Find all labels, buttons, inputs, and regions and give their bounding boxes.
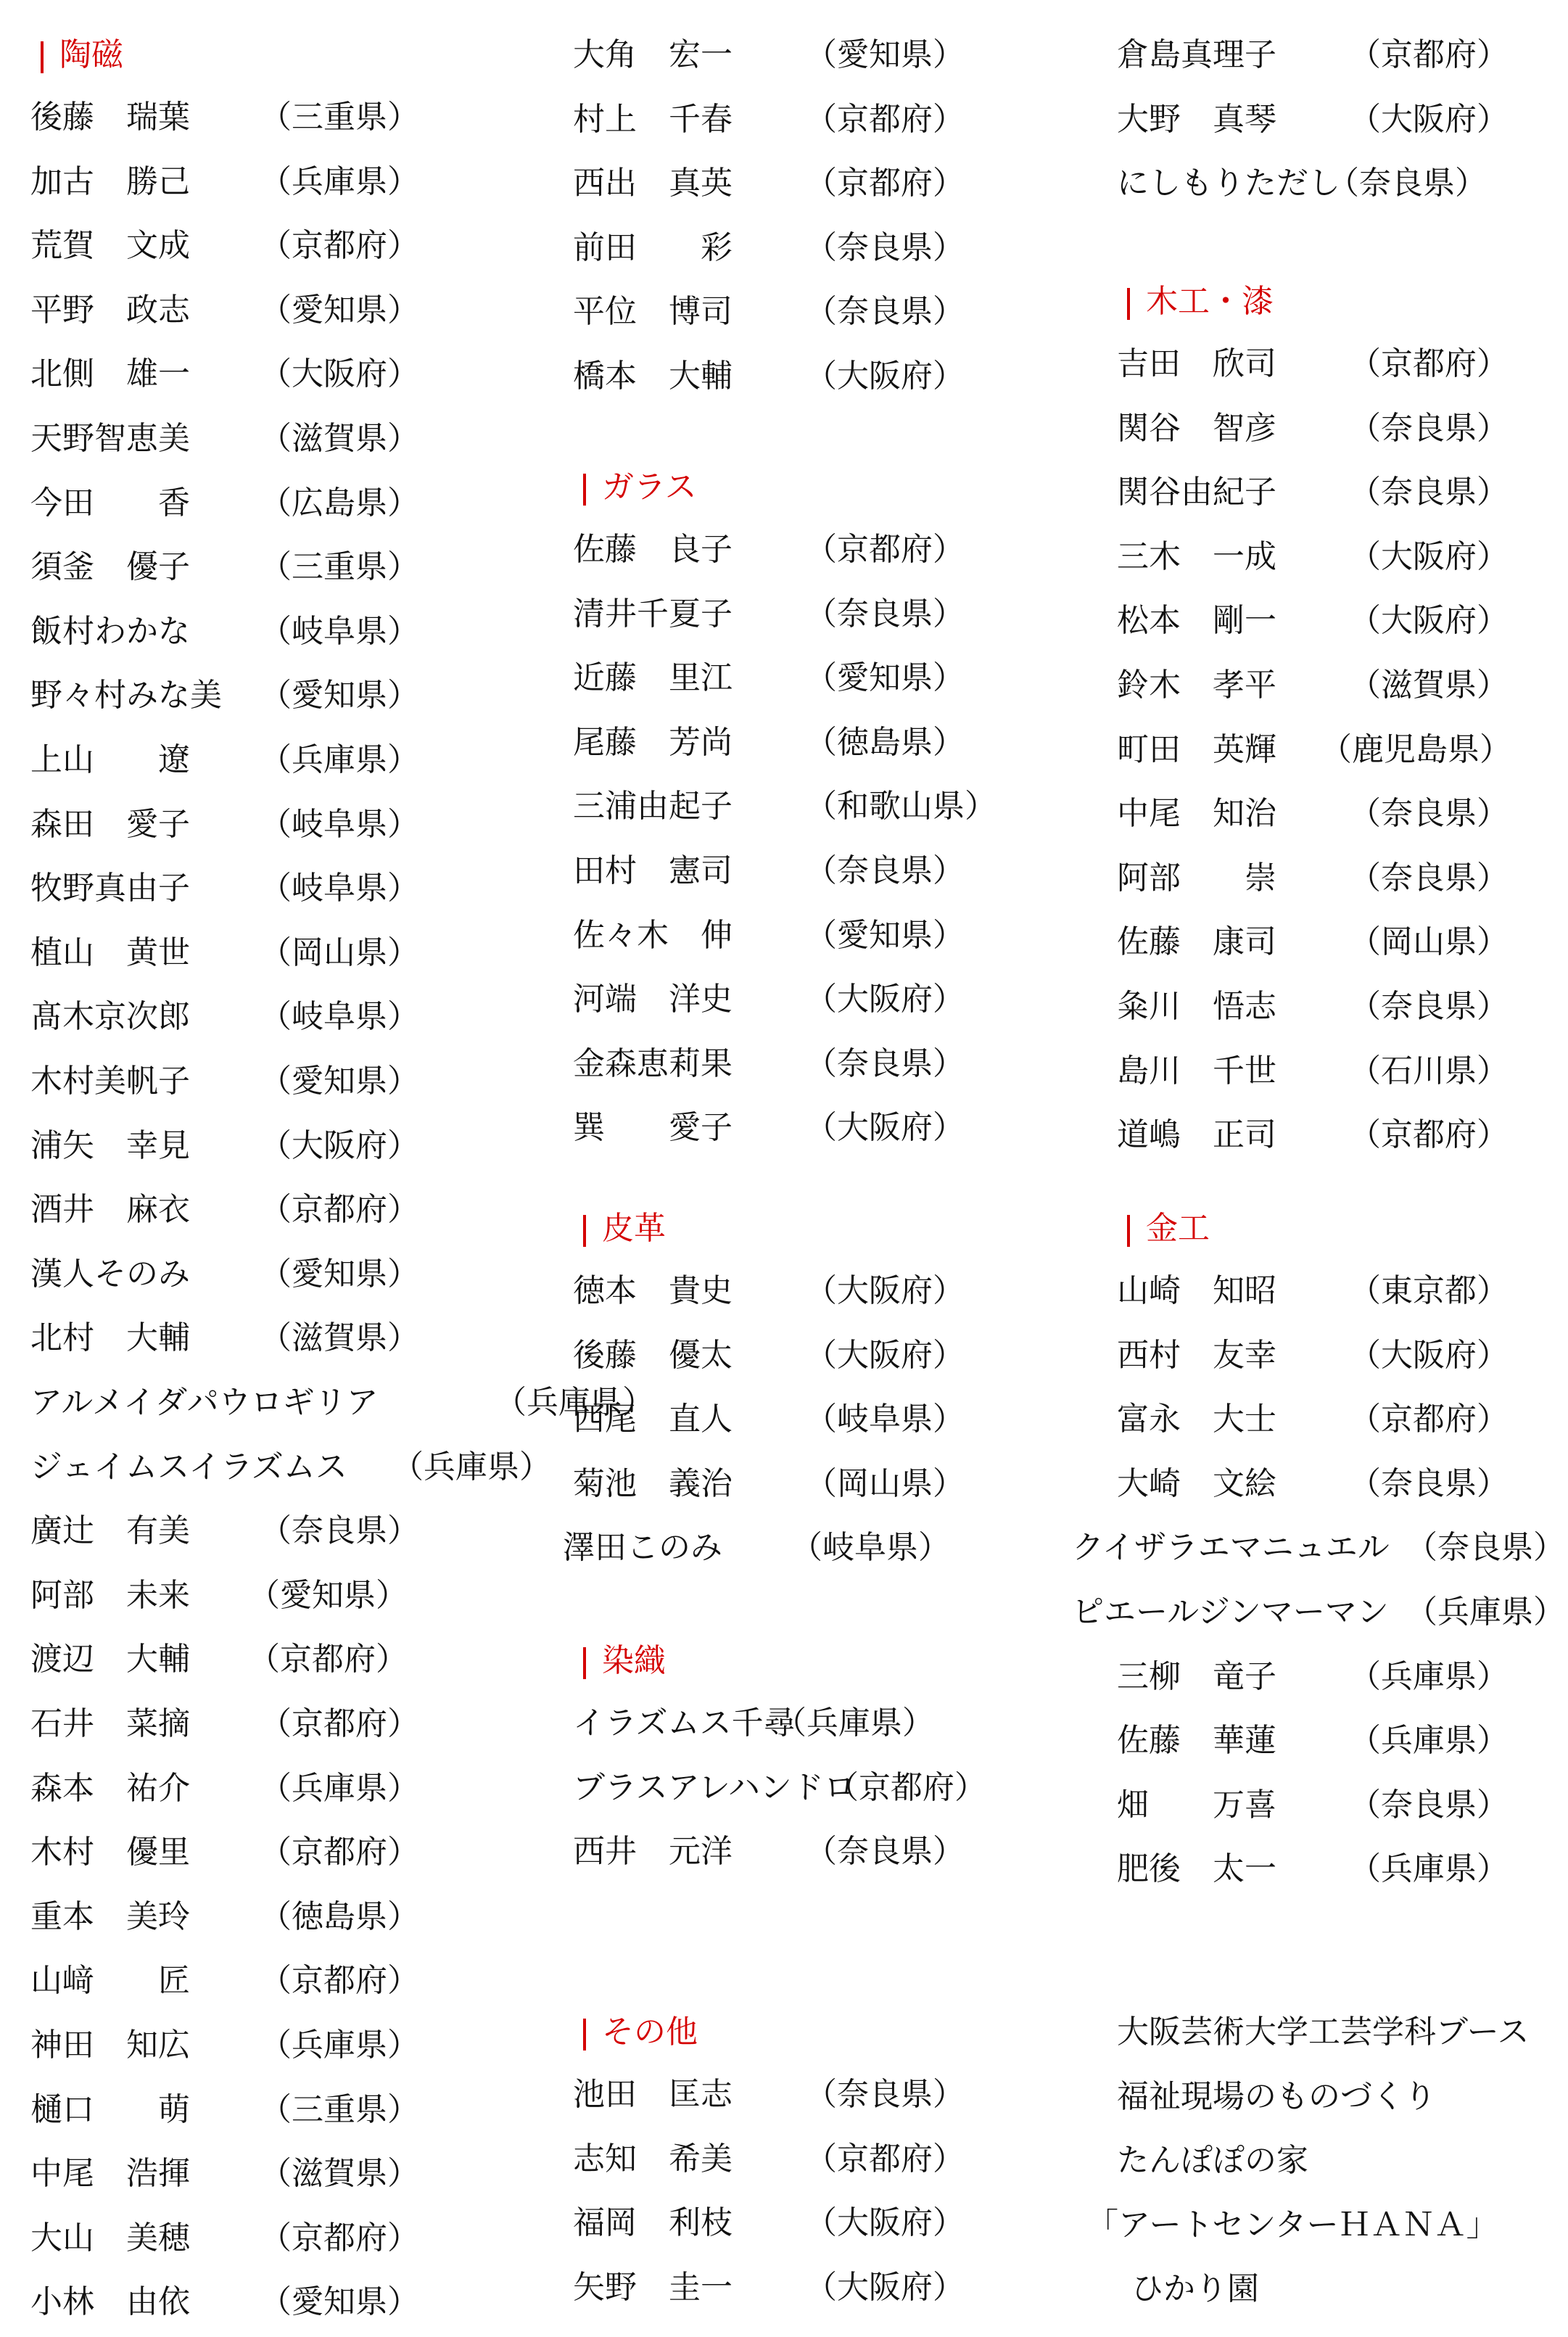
heading-bar-icon xyxy=(1127,288,1130,320)
prefecture: （大阪府） xyxy=(805,2191,965,2255)
prefecture: （兵庫県） xyxy=(1349,1709,1509,1773)
artist-name: 重本 美玲 xyxy=(30,1885,190,1949)
prefecture: （京都府） xyxy=(260,214,419,278)
prefecture: （奈良県） xyxy=(805,1820,965,1884)
prefecture: （滋賀県） xyxy=(260,407,419,471)
prefecture: （滋賀県） xyxy=(1349,654,1509,717)
artist-name: 上山 遼 xyxy=(30,728,190,792)
artist-name: ジェイムスイラズムス xyxy=(30,1435,347,1499)
artist-name: 倉島真理子 xyxy=(1117,23,1276,87)
artist-name: ピエールジンマーマン xyxy=(1072,1580,1389,1644)
artist-name: 森田 愛子 xyxy=(30,793,190,857)
artist-name: 島川 千世 xyxy=(1117,1039,1276,1103)
artist-name: 渡辺 大輔 xyxy=(30,1628,190,1691)
prefecture: （大阪府） xyxy=(805,1324,965,1388)
heading-bar-icon xyxy=(583,1647,586,1679)
artist-name: 木村美帆子 xyxy=(30,1050,190,1113)
prefecture: （兵庫県） xyxy=(260,150,419,214)
prefecture: （奈良県） xyxy=(805,280,965,344)
artist-name: 粂川 悟志 xyxy=(1117,975,1276,1039)
artist-name: 阿部 未来 xyxy=(30,1564,190,1628)
artist-name: 今田 香 xyxy=(30,471,190,535)
artist-name: 佐藤 良子 xyxy=(573,518,733,582)
prefecture: （兵庫県） xyxy=(260,1757,419,1821)
prefecture: （鹿児島県） xyxy=(1320,718,1511,782)
prefecture: （京都府） xyxy=(805,152,965,215)
artist-name: 関谷由紀子 xyxy=(1117,461,1276,524)
prefecture: （兵庫県） xyxy=(260,728,419,792)
prefecture: （兵庫県） xyxy=(392,1435,551,1499)
prefecture: （奈良県） xyxy=(805,839,965,903)
prefecture: （奈良県） xyxy=(1349,1773,1509,1837)
prefecture: （岐阜県） xyxy=(805,1388,965,1451)
prefecture: （兵庫県） xyxy=(1349,1645,1509,1709)
artist-name: 佐々木 伸 xyxy=(573,904,733,968)
artist-name: 大野 真琴 xyxy=(1117,88,1276,152)
section-heading-metalwork: 金工 xyxy=(1117,1197,1210,1261)
artist-name: 後藤 優太 xyxy=(573,1324,733,1388)
prefecture: （和歌山県） xyxy=(805,775,996,838)
prefecture: （奈良県） xyxy=(1406,1516,1565,1580)
prefecture: （大阪府） xyxy=(1349,525,1509,589)
artist-name: 山﨑 匠 xyxy=(30,1949,190,2013)
group-item: たんぽぽの家 xyxy=(1117,2129,1308,2193)
group-item: 大阪芸術大学工芸学科ブース xyxy=(1117,2000,1529,2064)
artist-name: イラズムス千尋 xyxy=(573,1691,796,1755)
artist-name: 鈴木 孝平 xyxy=(1117,654,1276,717)
artist-name: 飯村わかな xyxy=(30,600,190,664)
artist-name: 佐藤 華蓮 xyxy=(1117,1709,1276,1773)
artist-name: 牧野真由子 xyxy=(30,857,190,920)
section-heading-other: その他 xyxy=(573,2000,698,2064)
prefecture: （京都府） xyxy=(1349,332,1509,396)
artist-name: 池田 匡志 xyxy=(573,2063,733,2127)
artist-name: 村上 千春 xyxy=(573,88,733,152)
artist-name: 北側 雄一 xyxy=(30,342,190,406)
artist-name: 西出 真英 xyxy=(573,152,733,215)
artist-name: 平野 政志 xyxy=(30,279,190,342)
artist-name: 西尾 直人 xyxy=(573,1388,733,1451)
prefecture: （奈良県） xyxy=(1349,397,1509,461)
artist-name: 前田 彩 xyxy=(573,216,733,280)
artist-name: 大山 美穂 xyxy=(30,2206,190,2270)
prefecture: （愛知県） xyxy=(248,1564,408,1628)
artist-name: 神田 知広 xyxy=(30,2014,190,2077)
artist-name: 福岡 利枝 xyxy=(573,2191,733,2255)
prefecture: （奈良県） xyxy=(1349,975,1509,1039)
prefecture: （大阪府） xyxy=(260,342,419,406)
prefecture: （京都府） xyxy=(1349,23,1509,87)
artist-name: 野々村みな美 xyxy=(30,664,222,728)
prefecture: （愛知県） xyxy=(805,646,965,710)
artist-name: 金森恵莉果 xyxy=(573,1032,733,1096)
artist-name: 中尾 知治 xyxy=(1117,782,1276,846)
prefecture: （兵庫県） xyxy=(1406,1580,1565,1644)
artist-name: 酒井 麻衣 xyxy=(30,1178,190,1242)
prefecture: （奈良県） xyxy=(805,582,965,646)
artist-name: 西井 元洋 xyxy=(573,1820,733,1884)
prefecture: （三重県） xyxy=(260,535,419,599)
prefecture: （愛知県） xyxy=(805,23,965,87)
prefecture: （岐阜県） xyxy=(791,1516,950,1580)
section-heading-woodwork-lacquer: 木工・漆 xyxy=(1117,270,1274,334)
artist-name: 澤田このみ xyxy=(563,1516,722,1580)
prefecture: （奈良県） xyxy=(1349,461,1509,524)
prefecture: （岐阜県） xyxy=(260,857,419,920)
prefecture: （京都府） xyxy=(260,1949,419,2013)
prefecture: （京都府） xyxy=(1349,1103,1509,1167)
artist-name: 町田 英輝 xyxy=(1117,718,1276,782)
section-heading-leather: 皮革 xyxy=(573,1197,666,1261)
section-heading-glass: ガラス xyxy=(573,456,697,519)
group-item: 「アートセンターＨＡＮＡ」 xyxy=(1086,2193,1498,2257)
prefecture: （岡山県） xyxy=(1349,910,1509,974)
prefecture: （徳島県） xyxy=(260,1885,419,1949)
artist-name: 菊池 義治 xyxy=(573,1452,733,1516)
artist-name: 大角 宏一 xyxy=(573,23,733,87)
artist-name: 松本 剛一 xyxy=(1117,589,1276,653)
artist-name: 植山 黄世 xyxy=(30,921,190,985)
prefecture: （兵庫県） xyxy=(260,2014,419,2077)
prefecture: （徳島県） xyxy=(805,711,965,775)
prefecture: （京都府） xyxy=(805,518,965,582)
prefecture: （愛知県） xyxy=(260,664,419,728)
prefecture: （大阪府） xyxy=(1349,88,1509,152)
artist-name: 樋口 萌 xyxy=(30,2078,190,2142)
artist-name: 志知 希美 xyxy=(573,2127,733,2191)
prefecture: （大阪府） xyxy=(805,968,965,1031)
prefecture: （大阪府） xyxy=(260,1114,419,1178)
prefecture: （大阪府） xyxy=(1349,1324,1509,1388)
artist-name: 巽 愛子 xyxy=(573,1096,733,1160)
prefecture: （京都府） xyxy=(260,1178,419,1242)
artist-name: 尾藤 芳尚 xyxy=(573,711,733,775)
artist-name: 後藤 瑞葉 xyxy=(30,86,190,149)
group-item: 福祉現場のものづくり xyxy=(1117,2065,1436,2129)
group-item: ひかり園 xyxy=(1131,2257,1259,2321)
artist-name: クイザラエマニュエル xyxy=(1072,1516,1390,1580)
prefecture: （愛知県） xyxy=(805,904,965,968)
artist-name: 清井千夏子 xyxy=(573,582,733,646)
heading-bar-icon xyxy=(583,2019,586,2050)
artist-name: 森本 祐介 xyxy=(30,1757,190,1821)
prefecture: （奈良県） xyxy=(260,1499,419,1563)
artist-name: 富永 大士 xyxy=(1117,1388,1276,1451)
artist-name: 吉田 欣司 xyxy=(1117,332,1276,396)
prefecture: （岐阜県） xyxy=(260,793,419,857)
prefecture: （大阪府） xyxy=(805,1096,965,1160)
artist-name: 三浦由起子 xyxy=(573,775,733,838)
artist-name: にしもりただし xyxy=(1117,152,1340,215)
artist-name: 髙木京次郎 xyxy=(30,985,190,1049)
artist-name: 三木 一成 xyxy=(1117,525,1276,589)
artist-name: 天野智恵美 xyxy=(30,407,190,471)
prefecture: （愛知県） xyxy=(260,1242,419,1306)
artist-name: 河端 洋史 xyxy=(573,968,733,1031)
artist-name: 木村 優里 xyxy=(30,1821,190,1884)
artist-name: 廣辻 有美 xyxy=(30,1499,190,1563)
prefecture: （奈良県） xyxy=(1327,152,1487,215)
artist-name: 阿部 崇 xyxy=(1117,846,1276,910)
prefecture: （東京都） xyxy=(1349,1259,1509,1323)
artist-name: 肥後 太一 xyxy=(1117,1837,1276,1901)
artist-name: 大崎 文絵 xyxy=(1117,1452,1276,1516)
artist-name: 田村 憲司 xyxy=(573,839,733,903)
heading-bar-icon xyxy=(583,1215,586,1247)
prefecture: （石川県） xyxy=(1349,1039,1509,1103)
prefecture: （愛知県） xyxy=(260,279,419,342)
prefecture: （岐阜県） xyxy=(260,600,419,664)
artist-name: 石井 菜摘 xyxy=(30,1692,190,1756)
prefecture: （愛知県） xyxy=(260,1050,419,1113)
artist-name: 佐藤 康司 xyxy=(1117,910,1276,974)
prefecture: （三重県） xyxy=(260,86,419,149)
prefecture: （奈良県） xyxy=(805,216,965,280)
prefecture: （奈良県） xyxy=(1349,782,1509,846)
prefecture: （大阪府） xyxy=(805,1259,965,1323)
artist-name: 三柳 竜子 xyxy=(1117,1645,1276,1709)
prefecture: （奈良県） xyxy=(805,1032,965,1096)
prefecture: （京都府） xyxy=(805,2127,965,2191)
artist-name: 荒賀 文成 xyxy=(30,214,190,278)
prefecture: （大阪府） xyxy=(805,345,965,408)
prefecture: （大阪府） xyxy=(805,2256,965,2320)
prefecture: （大阪府） xyxy=(1349,589,1509,653)
artist-name: 漢人そのみ xyxy=(30,1242,190,1306)
prefecture: （奈良県） xyxy=(805,2063,965,2127)
artist-name: 近藤 里江 xyxy=(573,646,733,710)
artist-name: アルメイダパウロギリア xyxy=(30,1371,379,1435)
prefecture: （京都府） xyxy=(805,88,965,152)
artist-name: 浦矢 幸見 xyxy=(30,1114,190,1178)
artist-name: 須釜 優子 xyxy=(30,535,190,599)
artist-name: 道嶋 正司 xyxy=(1117,1103,1276,1167)
heading-bar-icon xyxy=(41,41,44,73)
prefecture: （滋賀県） xyxy=(260,1306,419,1370)
prefecture: （京都府） xyxy=(1349,1388,1509,1451)
artist-name: 小林 由依 xyxy=(30,2270,190,2334)
prefecture: （岡山県） xyxy=(805,1452,965,1516)
prefecture: （兵庫県） xyxy=(1349,1837,1509,1901)
artist-name: 徳本 貴史 xyxy=(573,1259,733,1323)
prefecture: （京都府） xyxy=(260,2206,419,2270)
artist-name: 中尾 浩揮 xyxy=(30,2142,190,2206)
prefecture: （岐阜県） xyxy=(260,985,419,1049)
prefecture: （京都府） xyxy=(248,1628,408,1691)
prefecture: （京都府） xyxy=(827,1756,986,1820)
prefecture: （広島県） xyxy=(260,471,419,535)
artist-name: ブラスアレハンドロ xyxy=(573,1756,856,1820)
prefecture: （三重県） xyxy=(260,2078,419,2142)
prefecture: （兵庫県） xyxy=(775,1691,934,1755)
artist-name: 山崎 知昭 xyxy=(1117,1259,1276,1323)
prefecture: （岡山県） xyxy=(260,921,419,985)
prefecture: （奈良県） xyxy=(1349,846,1509,910)
prefecture: （愛知県） xyxy=(260,2270,419,2334)
prefecture: （京都府） xyxy=(260,1821,419,1884)
section-heading-ceramics: 陶磁 xyxy=(30,23,123,87)
heading-bar-icon xyxy=(1127,1215,1130,1247)
artist-name: 西村 友幸 xyxy=(1117,1324,1276,1388)
artist-name: 平位 博司 xyxy=(573,280,733,344)
section-heading-textile: 染織 xyxy=(573,1629,666,1693)
artist-name: 関谷 智彦 xyxy=(1117,397,1276,461)
prefecture: （京都府） xyxy=(260,1692,419,1756)
prefecture: （奈良県） xyxy=(1349,1452,1509,1516)
artist-name: 橋本 大輔 xyxy=(573,345,733,408)
artist-name: 加古 勝己 xyxy=(30,150,190,214)
artist-name: 北村 大輔 xyxy=(30,1306,190,1370)
prefecture: （滋賀県） xyxy=(260,2142,419,2206)
artist-name: 畑 万喜 xyxy=(1117,1773,1276,1837)
heading-bar-icon xyxy=(583,474,586,506)
artist-name: 矢野 圭一 xyxy=(573,2256,733,2320)
